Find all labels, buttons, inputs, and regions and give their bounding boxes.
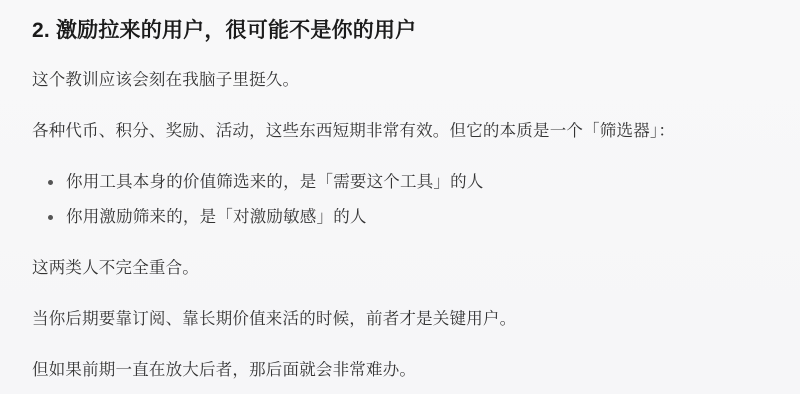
list-item: 你用工具本身的价值筛选来的，是「需要这个工具」的人: [32, 170, 768, 194]
list-item: 你用激励筛来的，是「对激励敏感」的人: [32, 205, 768, 229]
paragraph-overlap: 这两类人不完全重合。: [32, 256, 768, 280]
list-item-text: 你用工具本身的价值筛选来的，是「需要这个工具」的人: [66, 170, 484, 194]
paragraph-intro: 这个教训应该会刻在我脑子里挺久。: [32, 68, 768, 92]
paragraph-key-users: 当你后期要靠订阅、靠长期价值来活的时候，前者才是关键用户。: [32, 307, 768, 331]
article-body: 2. 激励拉来的用户，很可能不是你的用户 这个教训应该会刻在我脑子里挺久。 各种…: [0, 0, 800, 382]
paragraph-filter: 各种代币、积分、奖励、活动，这些东西短期非常有效。但它的本质是一个「筛选器」：: [32, 119, 768, 143]
bullet-list: 你用工具本身的价值筛选来的，是「需要这个工具」的人 你用激励筛来的，是「对激励敏…: [32, 170, 768, 229]
list-item-text: 你用激励筛来的，是「对激励敏感」的人: [66, 205, 367, 229]
paragraph-warning: 但如果前期一直在放大后者，那后面就会非常难办。: [32, 358, 768, 382]
bullet-icon: [48, 180, 53, 185]
section-heading: 2. 激励拉来的用户，很可能不是你的用户: [32, 16, 768, 46]
bullet-icon: [48, 215, 53, 220]
